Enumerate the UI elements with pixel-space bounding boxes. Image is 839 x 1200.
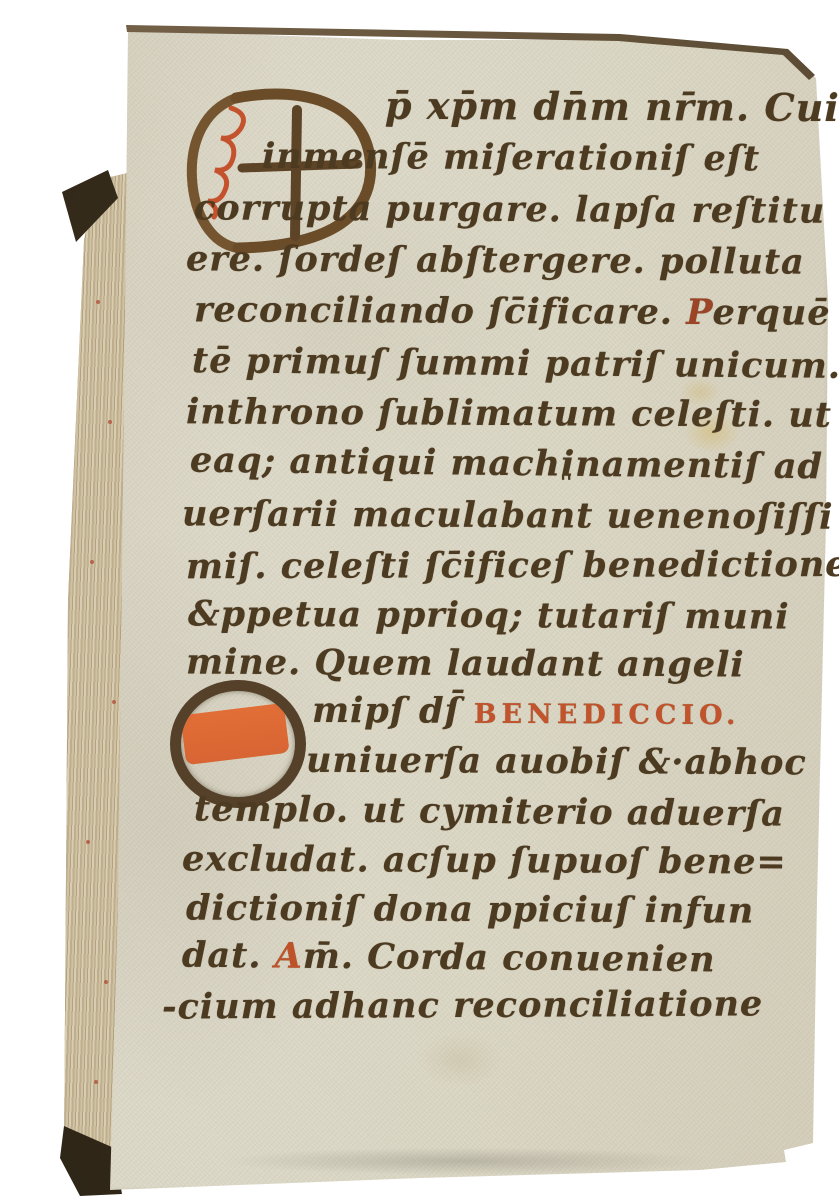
- manuscript-line: tē primuſ ſummi patriſ unicum.: [192, 343, 839, 384]
- fore-edge-speck: [104, 980, 108, 984]
- manuscript-line: eaq; antiqui machinamentiſ ad: [190, 443, 823, 485]
- line-text: corrupta purgare. lapſa reſtitu: [194, 187, 825, 231]
- line-text: mine. Quem laudant angeli: [186, 642, 745, 686]
- red-letter: A: [275, 935, 304, 976]
- line-text: reconciliando ſc̄ificare.: [194, 289, 686, 333]
- line-text: inthrono ſublimatum celeſti. ut: [186, 391, 832, 435]
- line-text: &ppetua pprioq; tutariſ muni: [188, 593, 790, 637]
- manuscript-line: ere. ſordeſ abſtergere. polluta: [186, 241, 805, 279]
- line-text: eaq; antiqui machinamentiſ ad: [190, 440, 823, 488]
- line-text: ere. ſordeſ abſtergere. polluta: [186, 238, 805, 282]
- manuscript-line: uniuerſa auobiſ &·abhoc: [306, 743, 807, 781]
- fore-edge-speck: [90, 560, 94, 564]
- line-text: p̄ xp̄m dn̄m nr̄m. Cuiuſ: [385, 83, 839, 131]
- manuscript-line: -cium adhanc reconciliatione: [162, 986, 763, 1024]
- fore-edge-speck: [112, 700, 116, 704]
- page-bottom-shadow: [120, 1148, 810, 1192]
- line-text: m̄. Corda conuenien: [303, 936, 716, 981]
- manuscript-line: miſ. celeſti ſc̄ificeſ benedictione=: [186, 547, 839, 584]
- fore-edge-speck: [86, 840, 90, 844]
- line-text: uerſarii maculabant uenenoſiſſi: [182, 493, 834, 537]
- line-text: dictioniſ dona ppiciuſ infun: [186, 888, 754, 932]
- rubric-text: BENEDICCIO.: [474, 699, 741, 731]
- line-text: uniuerſa auobiſ &·abhoc: [306, 740, 807, 784]
- manuscript-line: corrupta purgare. lapſa reſtitu: [194, 190, 825, 228]
- line-text: erquē: [713, 292, 831, 334]
- manuscript-line: excludat. acſup ſupuoſ bene=: [182, 841, 787, 879]
- line-text: dat.: [182, 935, 275, 977]
- manuscript-line: mine. Quem laudant angeli: [186, 645, 745, 683]
- manuscript-line: templo. ut cymiterio aduerſa: [194, 791, 785, 831]
- fore-edge-speck: [108, 420, 112, 424]
- fore-edge-speck: [96, 300, 100, 304]
- manuscript-line: inthrono ſublimatum celeſti. ut: [186, 394, 832, 432]
- line-text: inmenſē miſerationiſ eſt: [262, 136, 760, 180]
- line-text: -cium adhanc reconciliatione: [162, 983, 763, 1027]
- line-text: excludat. acſup ſupuoſ bene=: [182, 838, 787, 882]
- line-text: tē primuſ ſummi patriſ unicum.: [192, 340, 839, 387]
- manuscript-photo: p̄ xp̄m dn̄m nr̄m. Cuiuſ inmenſē miſerat…: [0, 0, 839, 1200]
- manuscript-line: uerſarii maculabant uenenoſiſſi: [182, 496, 834, 534]
- manuscript-line: inmenſē miſerationiſ eſt: [262, 139, 760, 177]
- abbreviation-mark: '': [560, 470, 572, 494]
- manuscript-line: reconciliando ſc̄ificare. Perquē: [194, 292, 831, 330]
- fore-edge-speck: [94, 1080, 98, 1084]
- manuscript-line: dictioniſ dona ppiciuſ infun: [186, 891, 754, 929]
- line-text: miſ. celeſti ſc̄ificeſ benedictione=: [186, 544, 839, 587]
- manuscript-line: dat. Am̄. Corda conuenien: [182, 938, 716, 978]
- manuscript-line: p̄ xp̄m dn̄m nr̄m. Cuiuſ: [385, 87, 839, 128]
- manuscript-line: &ppetua pprioq; tutariſ muni: [188, 596, 790, 634]
- line-text: templo. ut cymiterio aduerſa: [194, 788, 785, 834]
- initial-o-orange-band: [180, 703, 289, 765]
- red-touched-letter: P: [686, 292, 713, 333]
- manuscript-line: mipſ dſ̄ BENEDICCIO.: [312, 693, 741, 730]
- line-text: mipſ dſ̄: [312, 690, 474, 732]
